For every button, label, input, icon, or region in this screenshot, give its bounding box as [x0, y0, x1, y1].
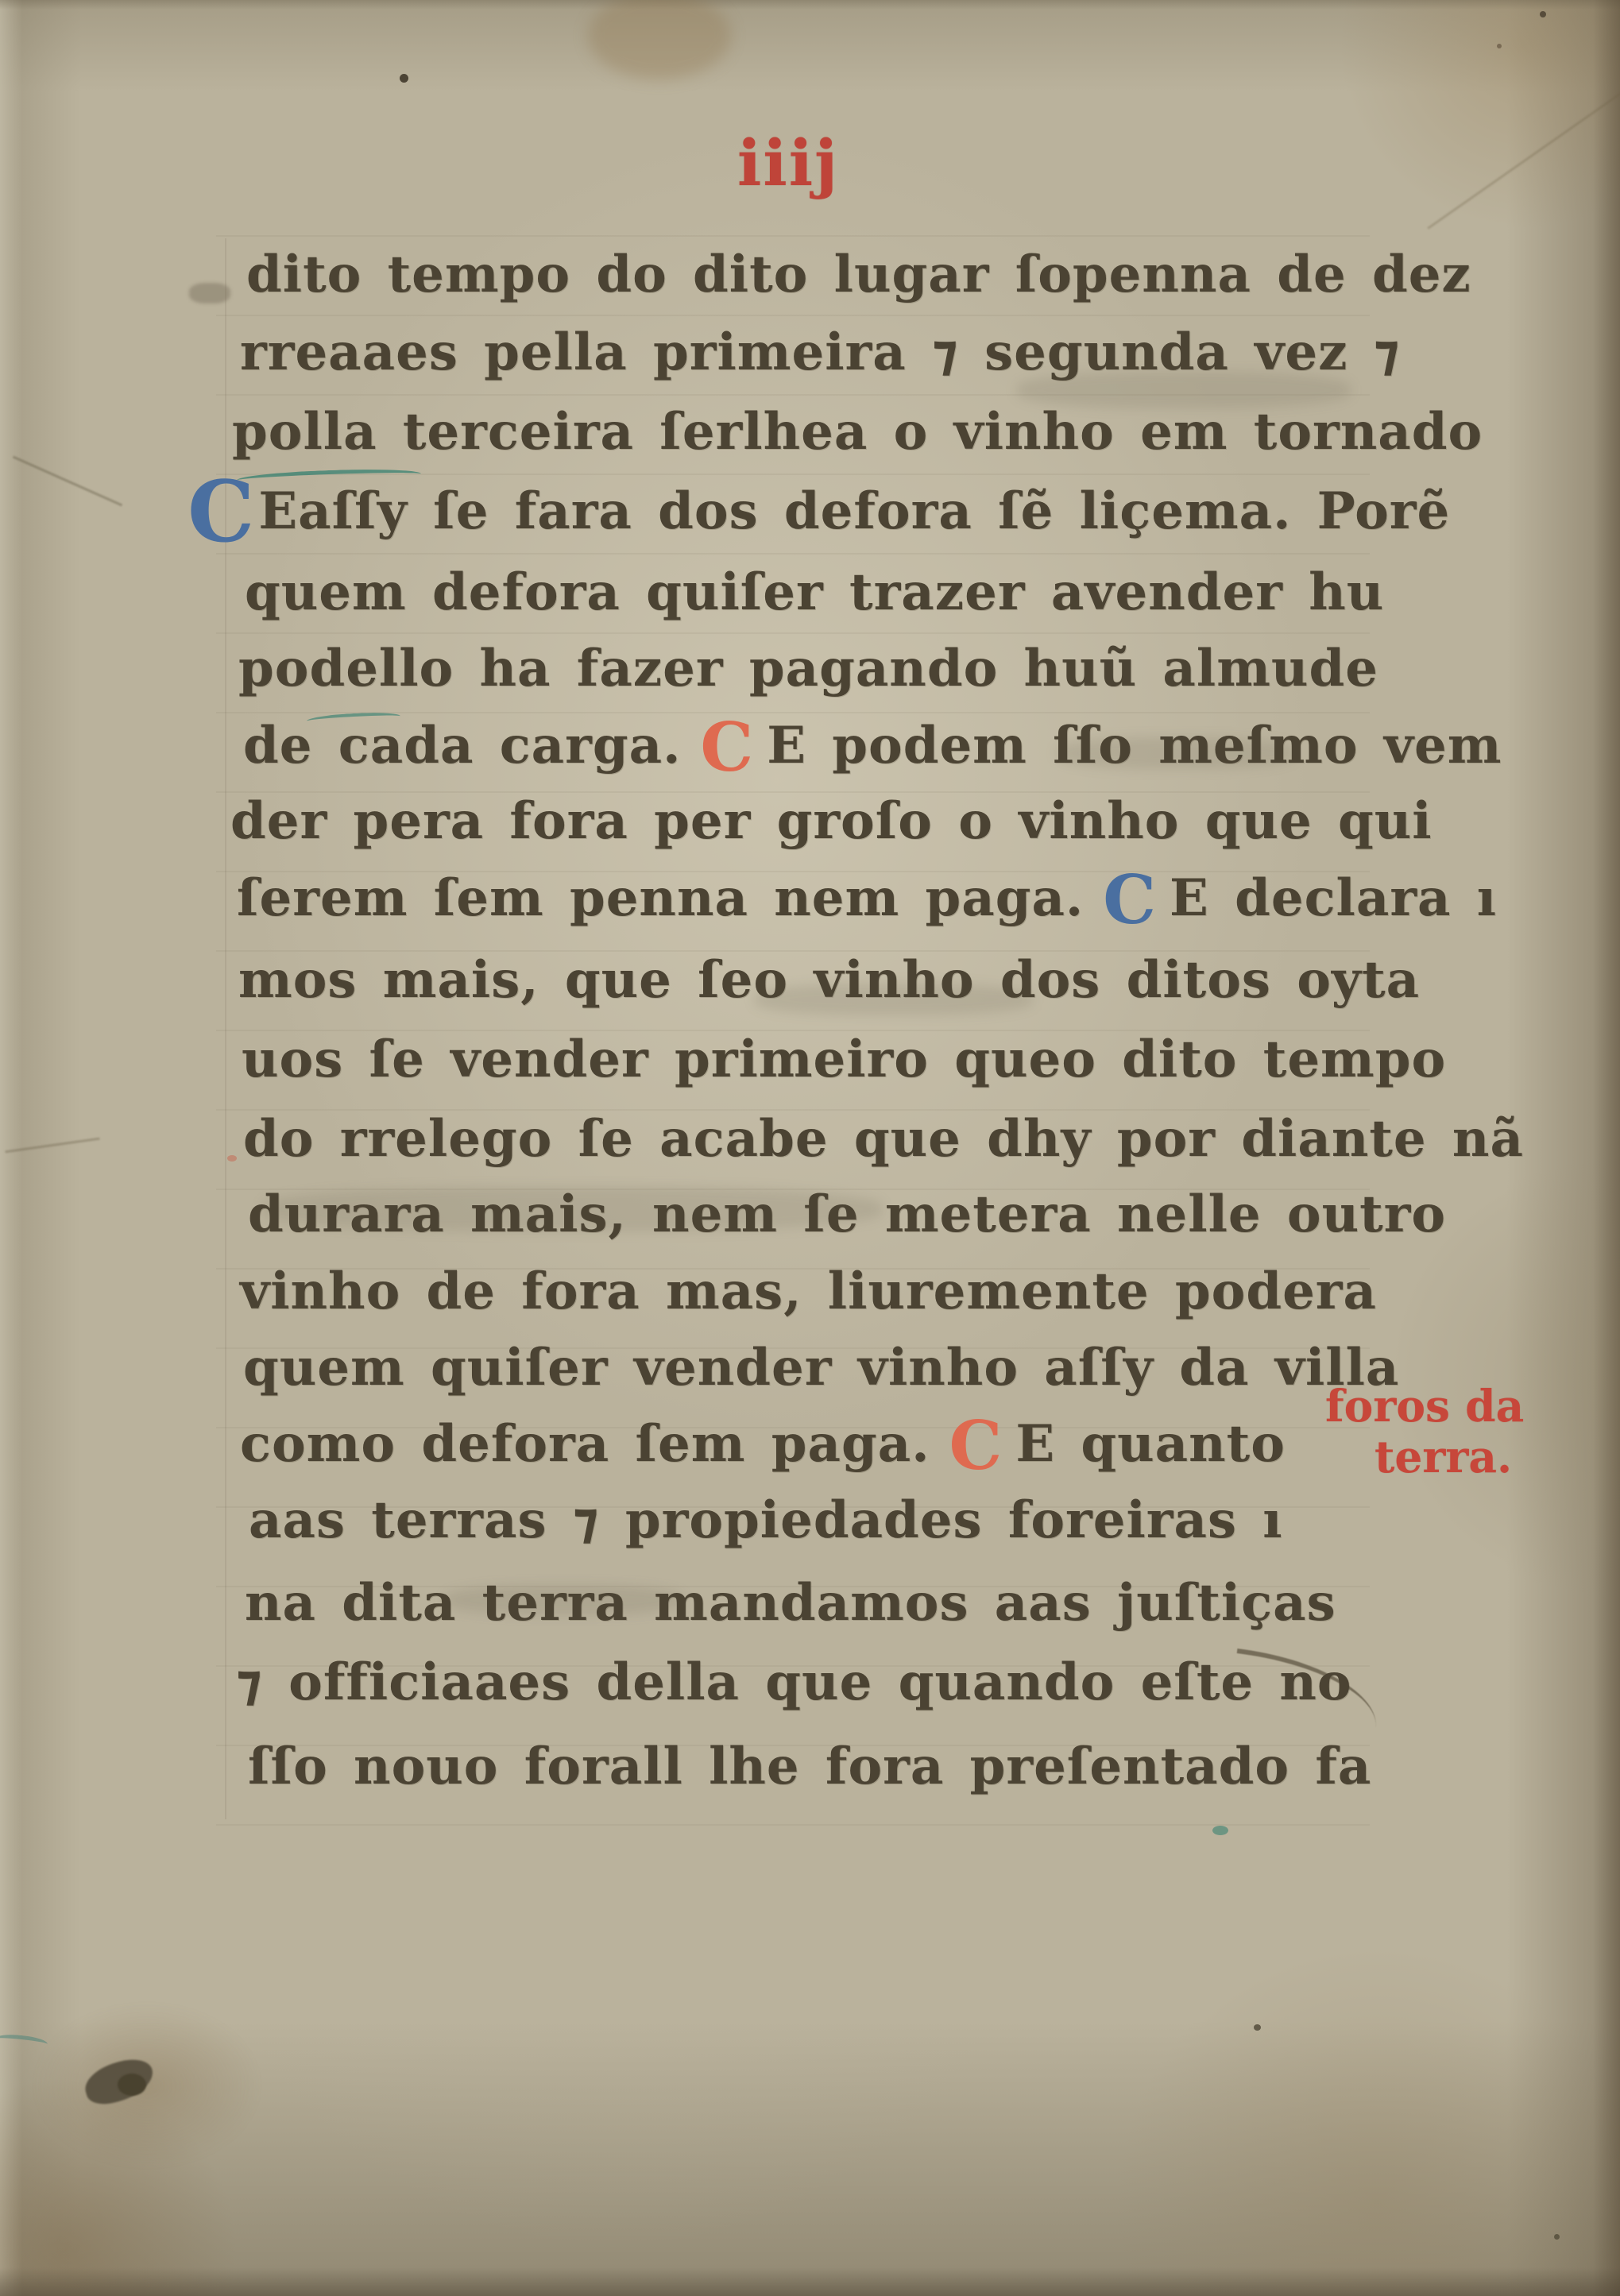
line-text: E declara ı	[1170, 868, 1497, 928]
text-line: mos mais, que ſeo vinho dos ditos oyta	[238, 944, 1420, 1023]
text-line: ſſo nouo forall lhe fora preſentado fa	[248, 1730, 1371, 1810]
text-line: aas terras ⁊ propiedades foreiras ı	[249, 1484, 1283, 1564]
line-text: dito tempo do dito lugar ſopenna de dez	[246, 245, 1471, 304]
line-text: quem quiſer vender vinho aſſy da villa	[243, 1338, 1399, 1397]
speck-top-right-1	[1540, 11, 1546, 17]
text-line: vinho de fora mas, liuremente podera	[240, 1255, 1377, 1335]
parchment-blemish-halo	[32, 2002, 262, 2169]
speck-top-left	[400, 74, 408, 83]
text-line: como defora ſem paga.CE quanto	[240, 1408, 1286, 1487]
red-speck-margin	[227, 1155, 237, 1162]
text-line: polla terceira ſerlhea o vinho em tornad…	[232, 396, 1483, 475]
line-text: como defora ſem paga.	[240, 1414, 930, 1474]
page-edge-bottom	[0, 2267, 1620, 2296]
manuscript-page: iiij foros da terra. dito tempo do dito …	[0, 0, 1620, 2296]
folio-number: iiij	[737, 126, 839, 200]
line-text: de cada carga.	[243, 716, 681, 775]
line-text: polla terceira ſerlhea o vinho em tornad…	[232, 402, 1483, 462]
line-text: durara mais, nem ſe metera nelle outro	[248, 1185, 1446, 1244]
line-text: Eaſſy ſe fara dos defora ſẽ liçema. Porẽ	[258, 481, 1450, 541]
text-line: do rrelego ſe acabe que dhy por diante n…	[243, 1103, 1524, 1182]
line-text: E podem ſſo meſmo vem	[767, 716, 1502, 775]
teal-dot-line20	[1212, 1826, 1228, 1835]
page-edge-right	[1593, 0, 1620, 2296]
text-line: dito tempo do dito lugar ſopenna de dez	[246, 238, 1471, 318]
line-text: na dita terra mandamos aas juſtiças	[245, 1573, 1336, 1633]
line-text: E quanto	[1015, 1414, 1286, 1474]
text-line: ſerem ſem penna nem paga.CE declara ı	[237, 862, 1497, 941]
line-text: aas terras ⁊ propiedades foreiras ı	[249, 1490, 1283, 1550]
speck-top-right-2	[1497, 44, 1502, 48]
line-text: quem defora quiſer trazer avender hu	[245, 562, 1384, 622]
teal-tick-left-edge	[0, 2033, 48, 2051]
text-line: na dita terra mandamos aas juſtiças	[245, 1567, 1336, 1646]
page-edge-top	[0, 0, 1620, 10]
stain-top-center	[588, 0, 731, 79]
text-line: durara mais, nem ſe metera nelle outro	[248, 1178, 1446, 1258]
text-line: ⁊ officiaaes della que quando eſte no	[236, 1646, 1352, 1726]
text-line: de cada carga.CE podem ſſo meſmo vem	[243, 709, 1502, 789]
text-line: rreaaes pella primeira ⁊ segunda vez ⁊	[240, 316, 1401, 396]
crease-top-right	[1427, 91, 1620, 230]
crease-left-upper	[13, 456, 122, 507]
speck-bottom-right-1	[1254, 2024, 1261, 2031]
line-text: ſſo nouo forall lhe fora preſentado fa	[248, 1737, 1371, 1796]
line-text: podello ha fazer pagando huũ almude	[238, 639, 1378, 698]
text-line: uos ſe vender primeiro queo dito tempo	[242, 1023, 1446, 1103]
line-text: ſerem ſem penna nem paga.	[237, 868, 1084, 928]
text-line: CEaſſy ſe fara dos defora ſẽ liçema. Por…	[188, 475, 1450, 555]
text-line: der pera fora per groſo o vinho que qui	[230, 785, 1432, 864]
text-line: podello ha fazer pagando huũ almude	[238, 632, 1378, 712]
line-text: do rrelego ſe acabe que dhy por diante n…	[243, 1109, 1524, 1169]
text-line: quem quiſer vender vinho aſſy da villa	[243, 1332, 1399, 1411]
line-text: vinho de fora mas, liuremente podera	[240, 1262, 1377, 1321]
line-text: mos mais, que ſeo vinho dos ditos oyta	[238, 950, 1420, 1010]
parchment-blemish-dark-spot	[118, 2074, 146, 2096]
line-text: rreaaes pella primeira ⁊ segunda vez ⁊	[240, 323, 1401, 382]
line-text: uos ſe vender primeiro queo dito tempo	[242, 1030, 1446, 1089]
crease-left-lower	[5, 1138, 99, 1154]
text-line: quem defora quiſer trazer avender hu	[245, 556, 1384, 636]
line-text: ⁊ officiaaes della que quando eſte no	[236, 1652, 1352, 1712]
speck-bottom-right-2	[1554, 2234, 1560, 2240]
line-text: der pera fora per groſo o vinho que qui	[230, 791, 1432, 851]
margin-note-line2: terra.	[1374, 1432, 1524, 1482]
